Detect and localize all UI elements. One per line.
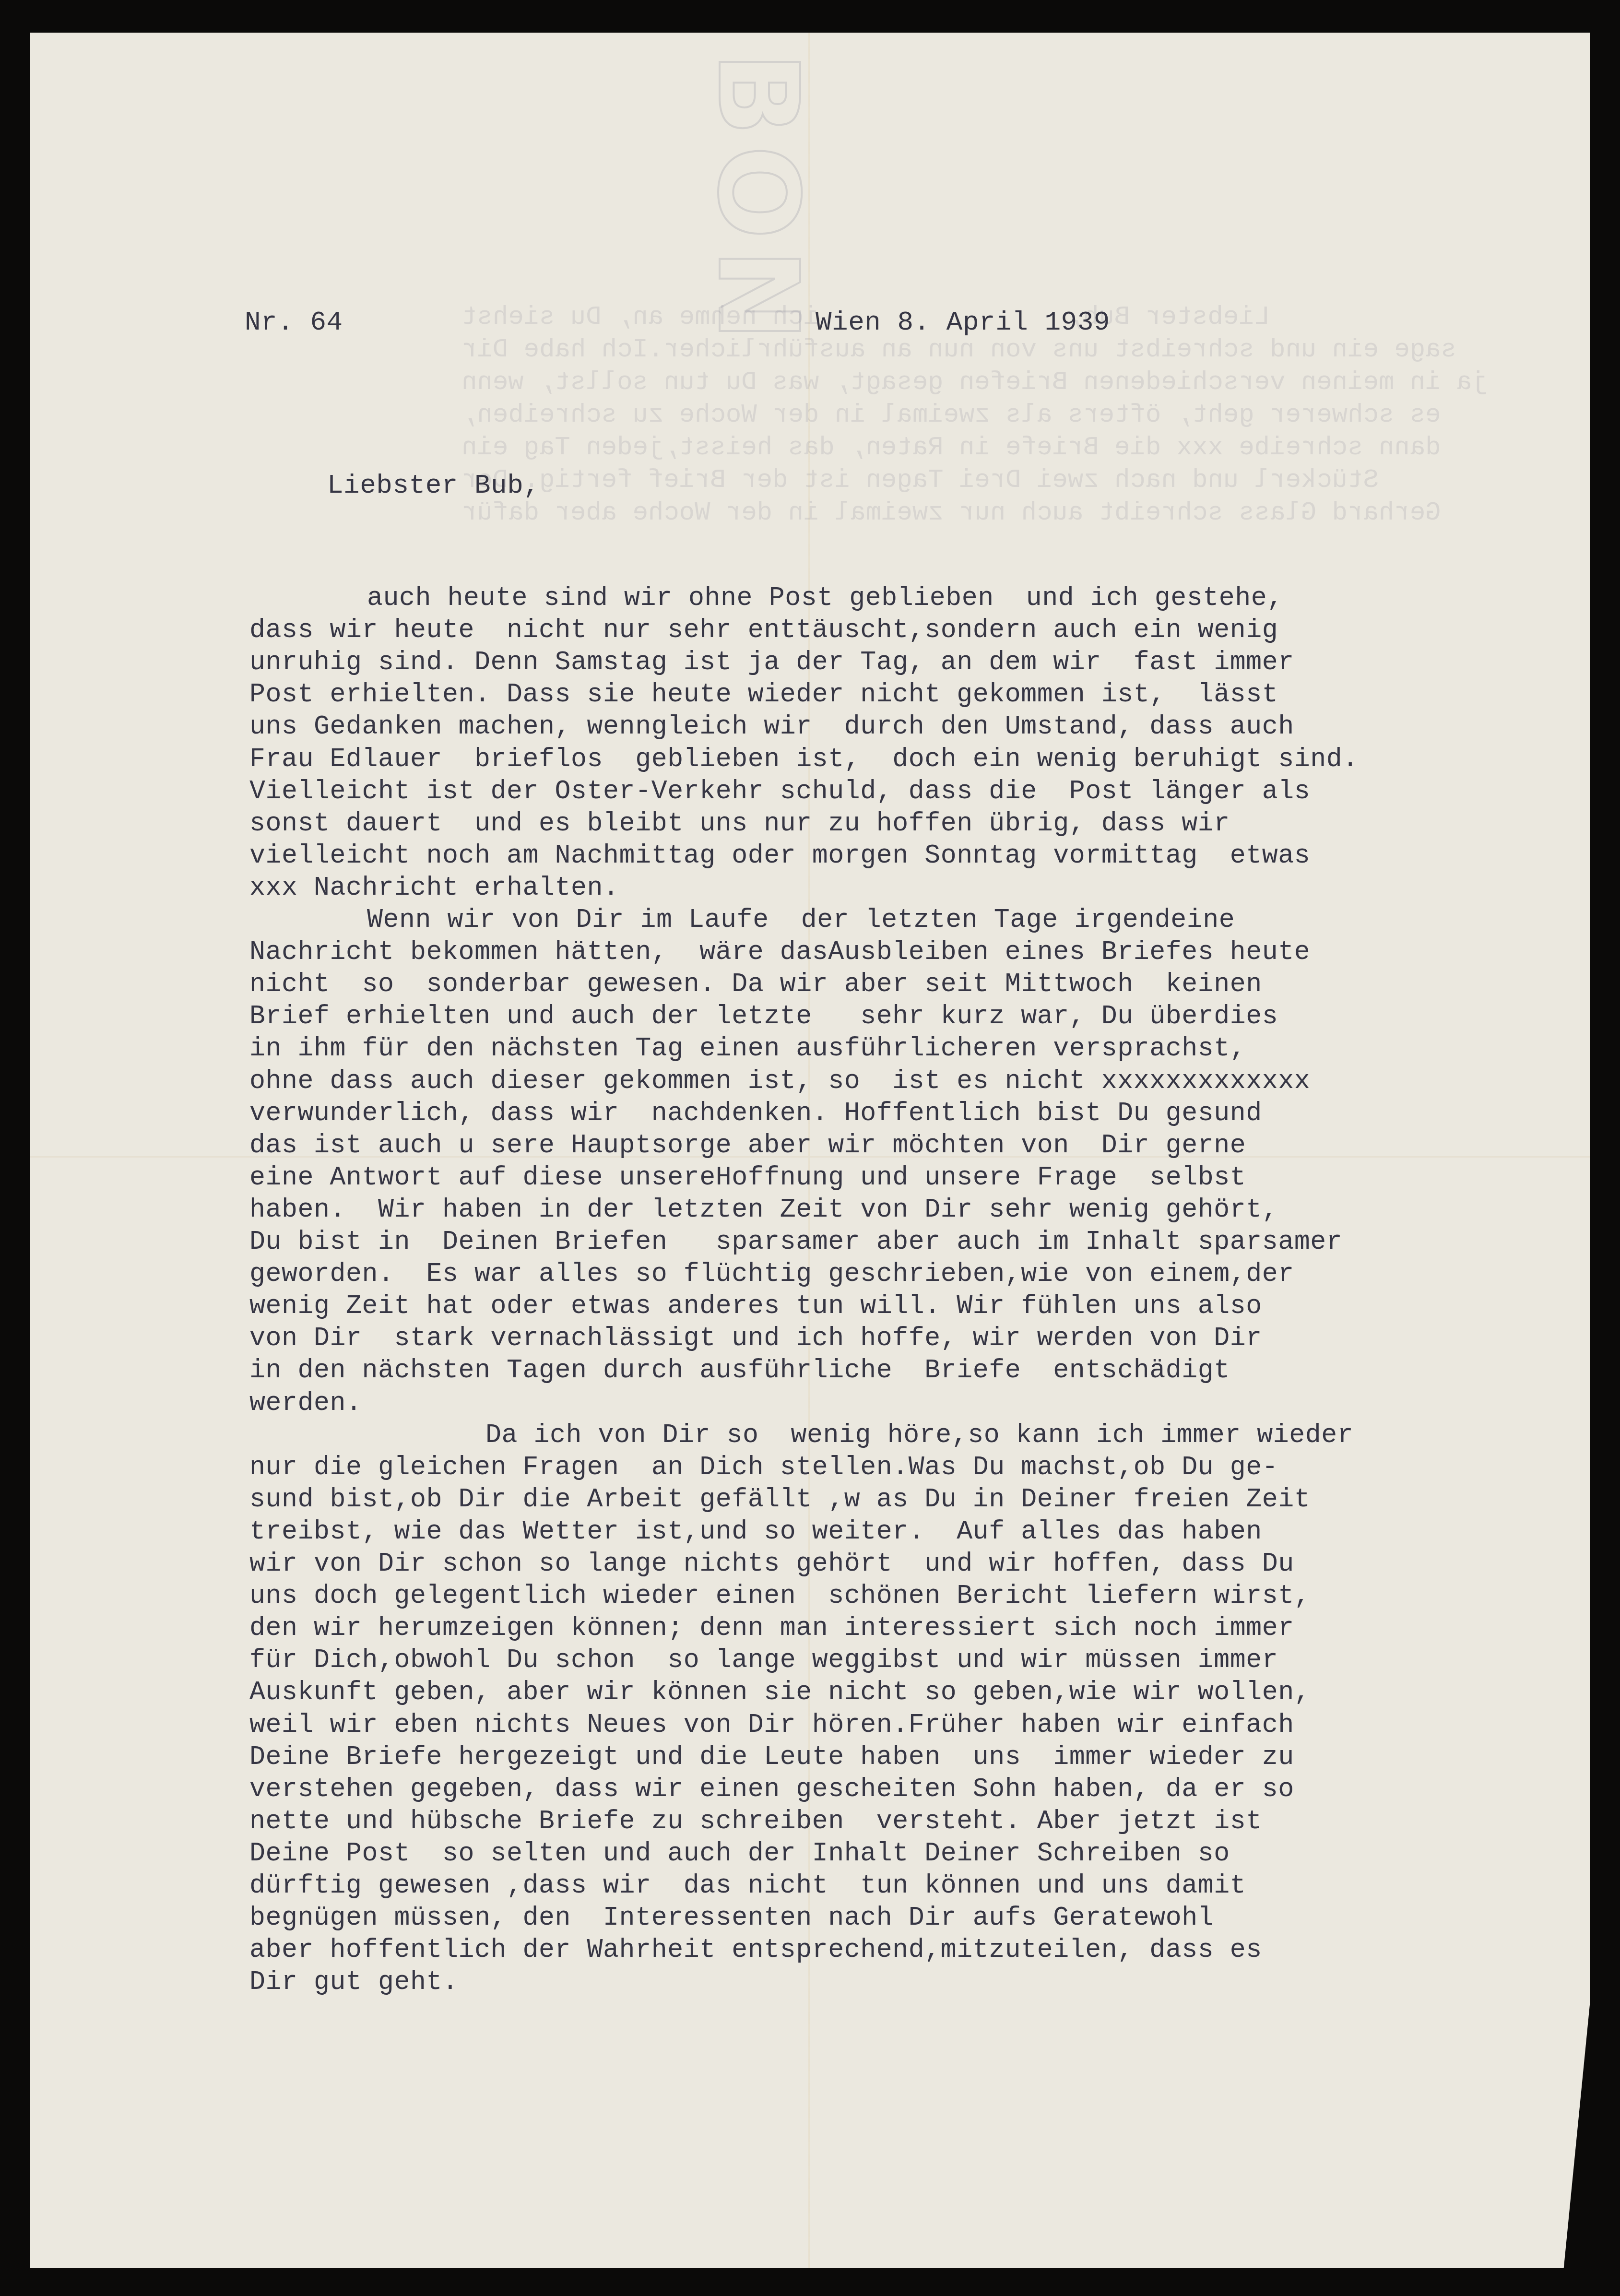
letter-line: Deine Briefe hergezeigt und die Leute ha… [249,1742,1294,1773]
letter-line: unruhig sind. Denn Samstag ist ja der Ta… [249,647,1294,678]
letter-line: Nachricht bekommen hätten, wäre dasAusbl… [249,937,1310,968]
letter-line: den wir herumzeigen können; denn man int… [249,1613,1294,1644]
letter-line: wir von Dir schon so lange nichts gehört… [249,1549,1294,1579]
letter-line: für Dich,obwohl Du schon so lange weggib… [249,1645,1278,1676]
bleed-through-line: Stückerl und nach zwei Drei Tagen ist de… [461,464,1379,497]
letter-line: in den nächsten Tagen durch ausführliche… [249,1355,1230,1386]
letter-line: aber hoffentlich der Wahrheit entspreche… [249,1935,1262,1965]
letter-line: haben. Wir haben in der letzten Zeit von… [249,1195,1278,1225]
letter-line: uns Gedanken machen, wenngleich wir durc… [249,711,1294,742]
letter-line: Deine Post so selten und auch der Inhalt… [249,1838,1230,1869]
letter-line: sund bist,ob Dir die Arbeit gefällt ,w a… [249,1484,1310,1515]
letter-line: Auskunft geben, aber wir können sie nich… [249,1677,1310,1708]
letter-line: xxx Nachricht erhalten. [249,873,619,903]
letter-line: Vielleicht ist der Oster-Verkehr schuld,… [249,776,1310,807]
letter-line: nicht so sonderbar gewesen. Da wir aber … [249,969,1262,1000]
letter-line: nette und hübsche Briefe zu schreiben ve… [249,1806,1262,1837]
bleed-through-line: es schwerer geht, öfters als zweimal in … [461,399,1441,432]
letter-line: geworden. Es war alles so flüchtig gesch… [249,1259,1294,1290]
letter-line: Post erhielten. Dass sie heute wieder ni… [249,679,1278,710]
letter-line: werden. [249,1388,362,1419]
letter-page: BON Liebster Bub, ich nehme an, Du siehs… [30,33,1590,2268]
letter-line: Da ich von Dir so wenig höre,so kann ich… [485,1420,1353,1451]
letter-line: ohne dass auch dieser gekommen ist, so i… [249,1066,1310,1097]
letter-line: Frau Edlauer brieflos geblieben ist, doc… [249,744,1359,775]
letter-line: Du bist in Deinen Briefen sparsamer aber… [249,1227,1342,1257]
letter-line: verstehen gegeben, dass wir einen gesche… [249,1774,1294,1805]
letter-line: verwunderlich, dass wir nachdenken. Hoff… [249,1098,1262,1129]
letter-line: das ist auch u sere Hauptsorge aber wir … [249,1130,1246,1161]
salutation: Liebster Bub, [327,470,540,501]
letter-line: vielleicht noch am Nachmittag oder morge… [249,840,1310,871]
letter-line: uns doch gelegentlich wieder einen schön… [249,1581,1310,1611]
letter-line: dass wir heute nicht nur sehr enttäuscht… [249,615,1278,646]
letter-line: Wenn wir von Dir im Laufe der letzten Ta… [367,905,1235,935]
letter-line: weil wir eben nichts Neues von Dir hören… [249,1710,1294,1740]
bleed-through-line: dann schreibe xxx die Briefe in Raten, d… [461,432,1441,464]
letter-line: nur die gleichen Fragen an Dich stellen.… [249,1452,1278,1483]
letter-line: in ihm für den nächsten Tag einen ausfüh… [249,1033,1246,1064]
letter-line: treibst, wie das Wetter ist,und so weite… [249,1516,1262,1547]
letter-line: Dir gut geht. [249,1967,459,1998]
place-and-date: Wien 8. April 1939 [816,307,1110,338]
letter-line: von Dir stark vernachlässigt und ich hof… [249,1323,1262,1354]
letter-line: sonst dauert und es bleibt uns nur zu ho… [249,808,1230,839]
letter-line: eine Antwort auf diese unsereHoffnung un… [249,1162,1246,1193]
bleed-through-line: ja in meinen verschiedenen Briefen gesag… [461,367,1488,399]
letter-line: wenig Zeit hat oder etwas anderes tun wi… [249,1291,1262,1322]
bleed-through-line: sage ein und schreibst uns von nun an au… [461,334,1456,367]
letter-line: dürftig gewesen ,dass wir das nicht tun … [249,1870,1246,1901]
letter-line: auch heute sind wir ohne Post geblieben … [367,583,1283,614]
letter-line: Brief erhielten und auch der letzte sehr… [249,1001,1278,1032]
letter-line: begnügen müssen, den Interessenten nach … [249,1903,1214,1933]
letter-number: Nr. 64 [245,307,343,338]
bleed-through-line: Gerhard Glass schreibt auch nur zweimal … [461,497,1441,530]
